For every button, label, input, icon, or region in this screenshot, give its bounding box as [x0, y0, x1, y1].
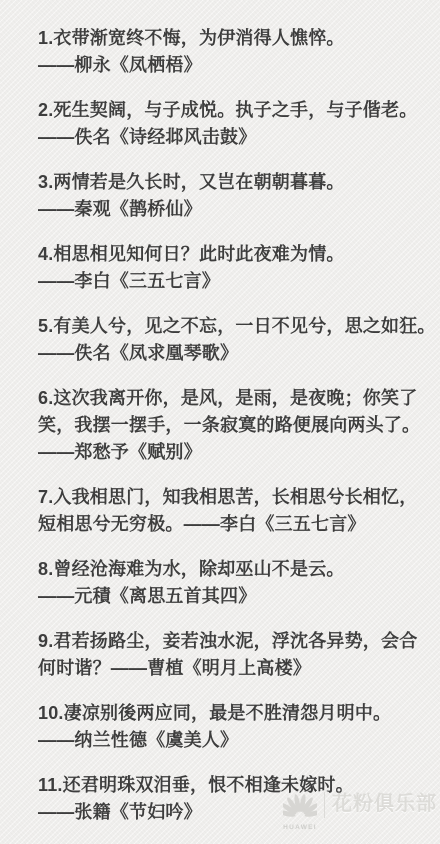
quote-attribution: ——元積《离思五首其四》 [38, 583, 440, 610]
quote-item-8: 8.曾经沧海难为水，除却巫山不是云。 ——元積《离思五首其四》 [38, 556, 440, 610]
quote-text: 6.这次我离开你，是风，是雨，是夜晚；你笑了 [38, 385, 440, 412]
quote-text: 4.相思相见知何日？此时此夜难为情。 [38, 241, 440, 268]
quote-text: 笑，我摆一摆手，一条寂寞的路便展向两头了。 [38, 412, 440, 439]
quote-item-4: 4.相思相见知何日？此时此夜难为情。 ——李白《三五七言》 [38, 241, 440, 295]
quote-text: 5.有美人兮，见之不忘，一日不见兮，思之如狂。 [38, 313, 440, 340]
quote-item-3: 3.两情若是久长时，又岂在朝朝暮暮。 ——秦观《鹊桥仙》 [38, 169, 440, 223]
quote-attribution: ——佚名《诗经邶风击鼓》 [38, 124, 440, 151]
quote-item-6: 6.这次我离开你，是风，是雨，是夜晚；你笑了 笑，我摆一摆手，一条寂寞的路便展向… [38, 385, 440, 466]
quote-item-2: 2.死生契阔，与子成悦。执子之手，与子偕老。 ——佚名《诗经邶风击鼓》 [38, 97, 440, 151]
quote-item-5: 5.有美人兮，见之不忘，一日不见兮，思之如狂。 ——佚名《凤求凰琴歌》 [38, 313, 440, 367]
huawei-logo-block: HUAWEI [282, 792, 318, 831]
quote-text: 3.两情若是久长时，又岂在朝朝暮暮。 [38, 169, 440, 196]
quote-text: 2.死生契阔，与子成悦。执子之手，与子偕老。 [38, 97, 440, 124]
quote-text-with-attribution: 何时谐？——曹植《明月上高楼》 [38, 655, 440, 682]
quote-text: 7.入我相思门，知我相思苦，长相思兮长相忆， [38, 484, 440, 511]
watermark-divider [324, 792, 325, 818]
fan-club-label: 花粉俱乐部 [332, 791, 437, 817]
watermark: HUAWEI 花粉俱乐部 [282, 790, 437, 831]
quote-attribution: ——纳兰性德《虞美人》 [38, 727, 440, 754]
quote-attribution: ——李白《三五七言》 [38, 268, 440, 295]
quote-attribution: ——郑愁予《赋别》 [38, 439, 440, 466]
quote-item-9: 9.君若扬路尘，妾若浊水泥，浮沈各异势，会合 何时谐？——曹植《明月上高楼》 [38, 628, 440, 682]
quote-item-1: 1.衣带渐宽终不悔，为伊消得人憔悴。 ——柳永《凤栖梧》 [38, 25, 440, 79]
quote-item-7: 7.入我相思门，知我相思苦，长相思兮长相忆， 短相思兮无穷极。——李白《三五七言… [38, 484, 440, 538]
quote-text: 8.曾经沧海难为水，除却巫山不是云。 [38, 556, 440, 583]
quote-text-with-attribution: 短相思兮无穷极。——李白《三五七言》 [38, 511, 440, 538]
quote-text: 10.凄凉别後两应同，最是不胜清怨月明中。 [38, 700, 440, 727]
huawei-brand-label: HUAWEI [283, 824, 317, 831]
quote-attribution: ——柳永《凤栖梧》 [38, 52, 440, 79]
huawei-flower-logo-icon [283, 792, 317, 823]
quote-text: 1.衣带渐宽终不悔，为伊消得人憔悴。 [38, 25, 440, 52]
quote-list: 1.衣带渐宽终不悔，为伊消得人憔悴。 ——柳永《凤栖梧》 2.死生契阔，与子成悦… [0, 0, 440, 844]
quote-attribution: ——秦观《鹊桥仙》 [38, 196, 440, 223]
quote-attribution: ——佚名《凤求凰琴歌》 [38, 340, 440, 367]
quote-item-10: 10.凄凉别後两应同，最是不胜清怨月明中。 ——纳兰性德《虞美人》 [38, 700, 440, 754]
quote-text: 9.君若扬路尘，妾若浊水泥，浮沈各异势，会合 [38, 628, 440, 655]
